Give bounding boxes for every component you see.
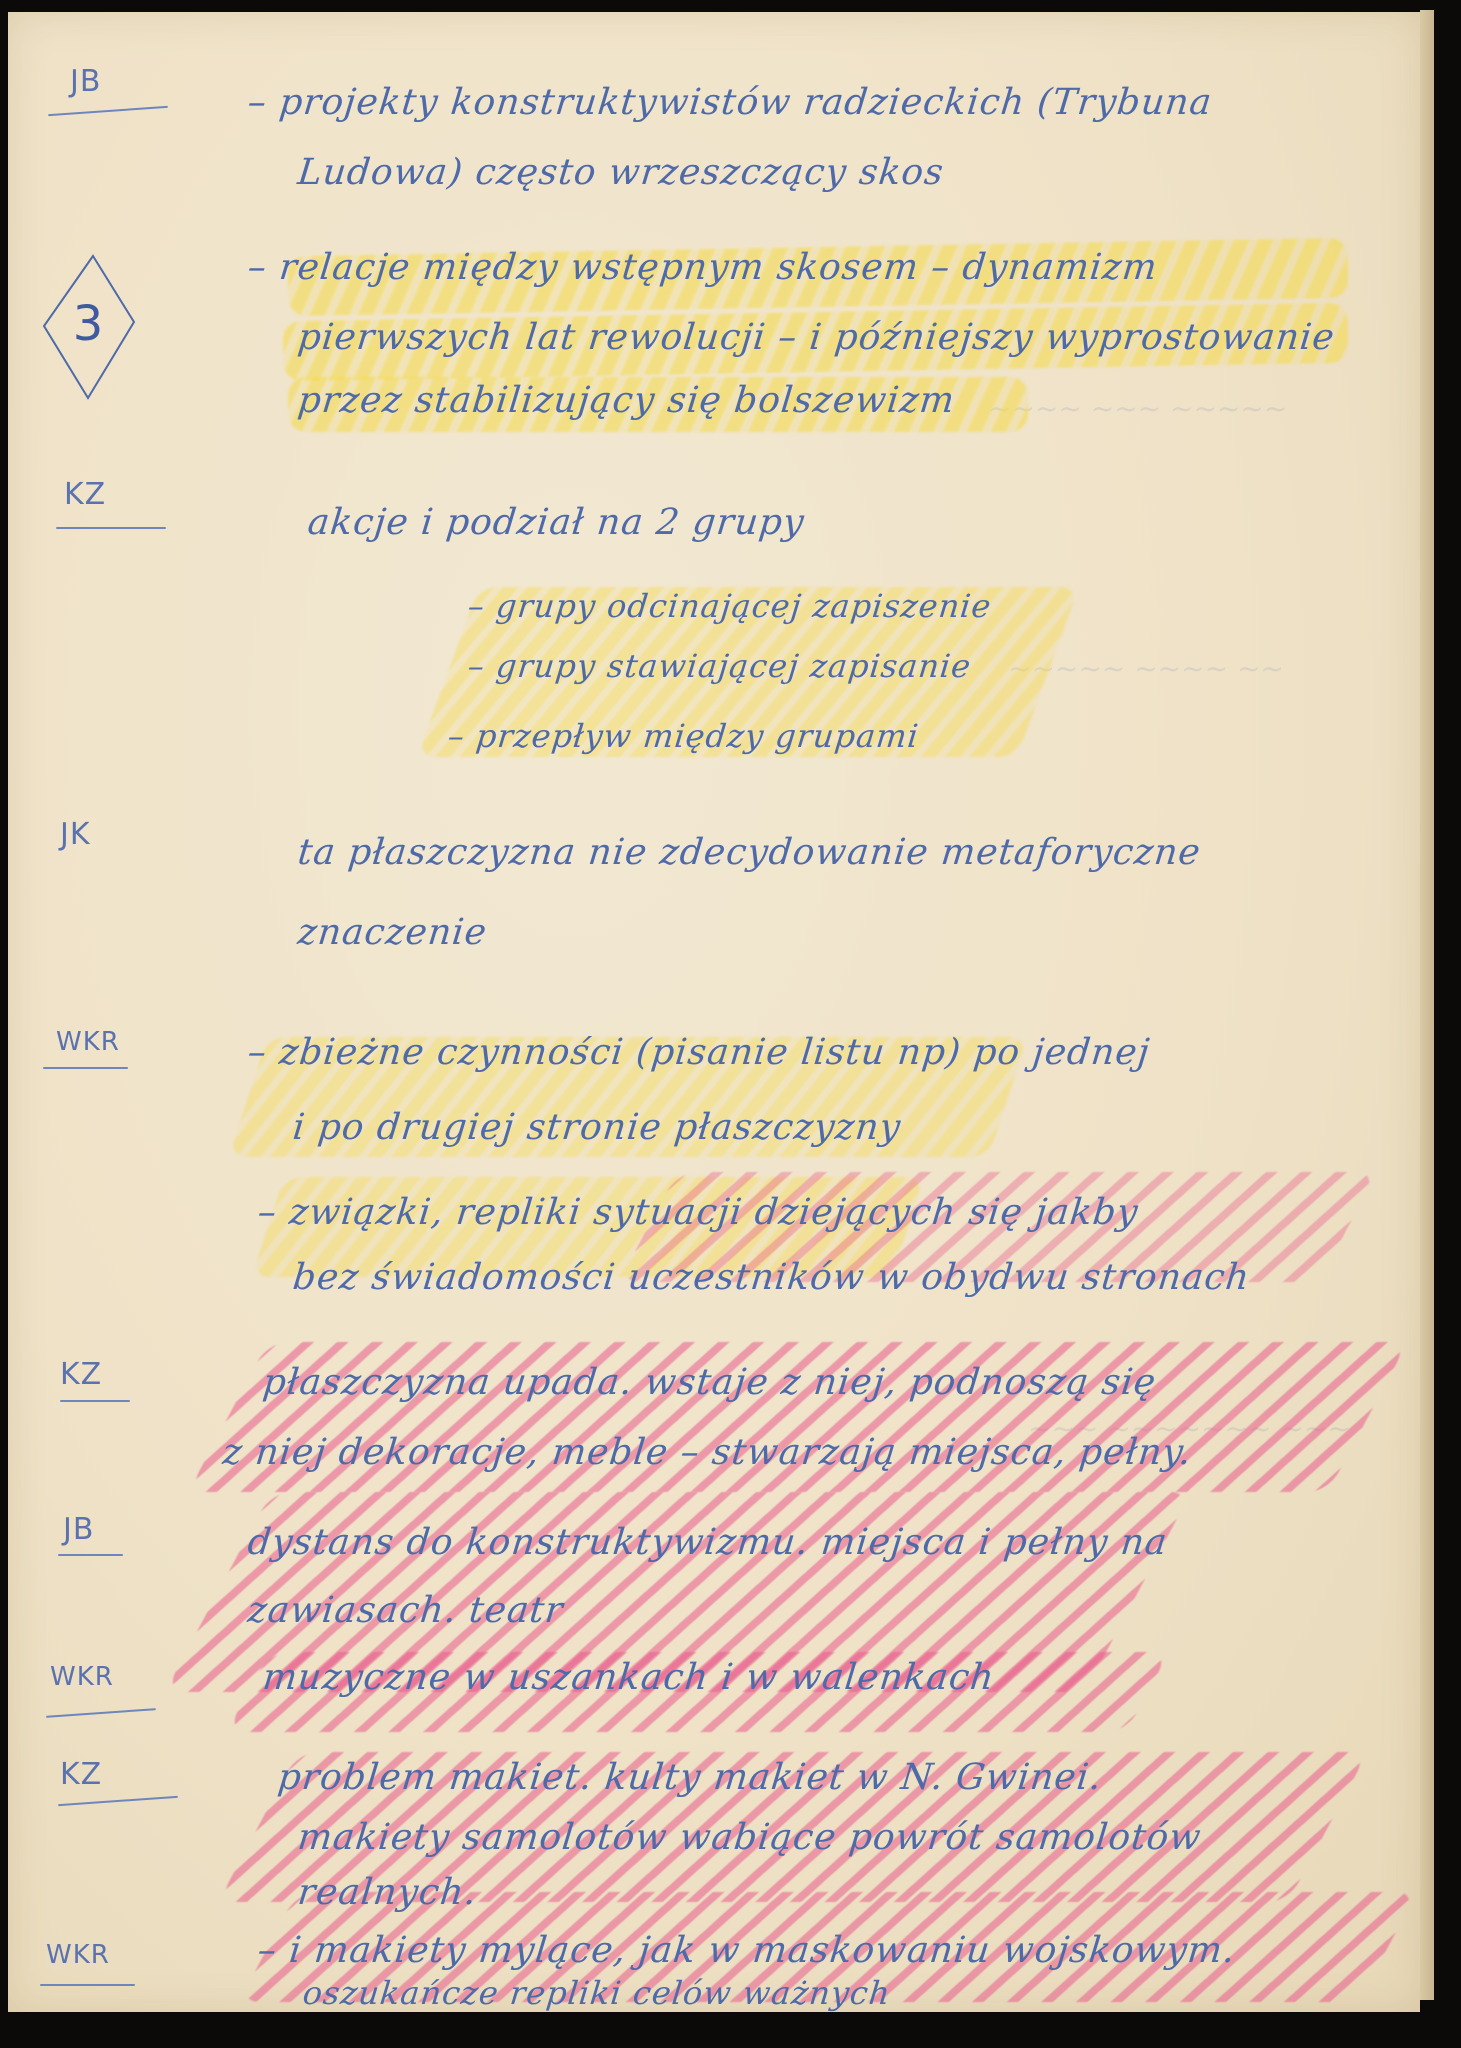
manuscript-page: ~~~~ ~~~ ~~~~~ ~~~~~ ~~~~ ~~ ~~~ ~~~~~~~… (8, 12, 1420, 2012)
initials-underline (46, 1708, 156, 1718)
paper-edge (1420, 10, 1434, 2000)
note-line: muzyczne w uszankach i w walenkach (261, 1657, 997, 1698)
note-line: zawiasach. teatr (246, 1590, 566, 1631)
speaker-initials: JK (60, 817, 91, 852)
note-line: dystans do konstruktywizmu. miejsca i pe… (246, 1522, 1170, 1563)
note-line: pierwszych lat rewolucji – i późniejszy … (296, 317, 1337, 358)
speaker-initials: JB (70, 64, 101, 99)
initials-underline (58, 1554, 123, 1556)
speaker-initials: JB (63, 1512, 94, 1547)
speaker-initials: WKR (46, 1940, 110, 1970)
initials-underline (56, 527, 166, 529)
speaker-initials: WKR (50, 1662, 114, 1692)
speaker-initials: KZ (64, 477, 106, 512)
note-line: Ludowa) często wrzeszczący skos (296, 152, 946, 193)
note-line: – relacje między wstępnym skosem – dynam… (246, 247, 1160, 288)
note-line: oszukańcze repliki celów ważnych (301, 1974, 893, 2012)
initials-underline (60, 1400, 130, 1402)
sub-item: – grupy stawiającej zapisanie (466, 647, 973, 685)
note-line: realnych. (296, 1872, 479, 1913)
note-line: – projekty konstruktywistów radzieckich … (246, 82, 1214, 123)
note-line: – związki, repliki sytuacji dziejących s… (256, 1192, 1141, 1233)
page-number: 3 (38, 296, 138, 352)
note-line: płaszczyzna upada. wstaje z niej, podnos… (261, 1362, 1158, 1403)
sub-item: – przepływ między grupami (446, 717, 921, 755)
note-line: – zbieżne czynności (pisanie listu np) p… (246, 1032, 1152, 1073)
initials-underline (40, 1984, 135, 1986)
speaker-initials: WKR (56, 1027, 120, 1057)
speaker-initials: KZ (60, 1757, 102, 1792)
initials-underline (48, 106, 168, 116)
note-line: – i makiety mylące, jak w maskowaniu woj… (256, 1930, 1238, 1971)
page-number-badge: 3 (38, 252, 138, 402)
initials-underline (58, 1796, 178, 1806)
note-line: z niej dekoracje, meble – stwarzają miej… (221, 1432, 1194, 1473)
sub-item: – grupy odcinającej zapiszenie (466, 587, 993, 625)
note-line: bez świadomości uczestników w obydwu str… (291, 1257, 1252, 1298)
note-line: i po drugiej stronie płaszczyzny (291, 1107, 903, 1148)
initials-underline (43, 1067, 128, 1069)
note-line: przez stabilizujący się bolszewizm (296, 380, 957, 421)
note-line: ta płaszczyzna nie zdecydowanie metafory… (296, 832, 1203, 873)
note-line: znaczenie (296, 912, 489, 953)
speaker-initials: KZ (60, 1357, 102, 1392)
note-line: akcje i podział na 2 grupy (306, 502, 807, 543)
note-line: problem makiet. kulty makiet w N. Gwinei… (276, 1757, 1104, 1798)
note-line: makiety samolotów wabiące powrót samolot… (296, 1817, 1204, 1858)
show-through-text: ~~~~ ~~~ ~~~~~ (988, 392, 1287, 425)
